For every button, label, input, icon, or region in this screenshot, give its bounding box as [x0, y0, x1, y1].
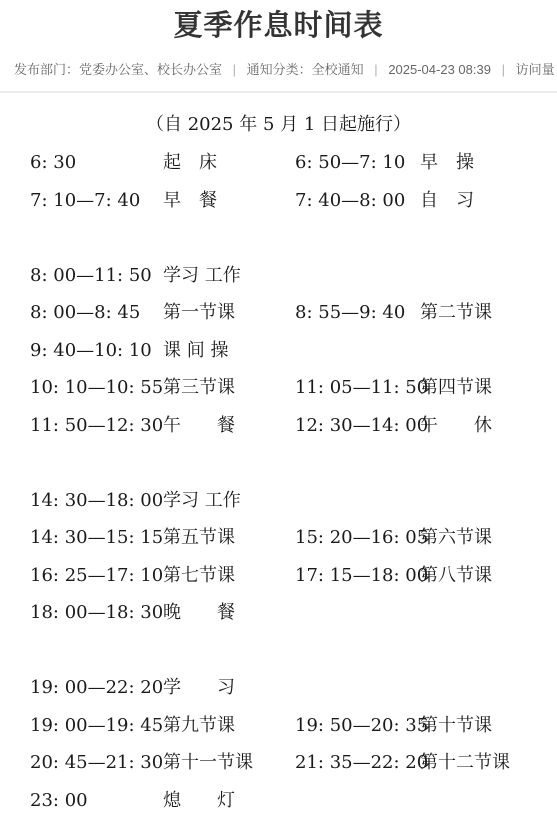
time-cell: 14: 30—15: 15 [30, 519, 163, 557]
schedule-row: 7: 10—7: 40早 餐7: 40—8: 00自 习 [0, 182, 557, 220]
schedule-row: 14: 30—18: 00学习 工作 [0, 482, 557, 520]
time-cell: 23: 00 [30, 782, 163, 820]
activity-cell: 第十一节课 [163, 744, 295, 782]
time-cell: 7: 10—7: 40 [30, 182, 163, 220]
activity-cell [420, 669, 557, 707]
time-cell: 12: 30—14: 00 [295, 407, 420, 445]
meta-notice-category: 通知分类：全校通知 [247, 62, 364, 77]
activity-cell: 第一节课 [163, 294, 295, 332]
time-cell: 19: 50—20: 35 [295, 707, 420, 745]
activity-cell: 第八节课 [420, 557, 557, 595]
activity-cell: 第三节课 [163, 369, 295, 407]
time-cell: 20: 45—21: 30 [30, 744, 163, 782]
time-cell: 15: 20—16: 05 [295, 519, 420, 557]
activity-cell [420, 482, 557, 520]
time-cell: 8: 00—8: 45 [30, 294, 163, 332]
time-cell: 10: 10—10: 55 [30, 369, 163, 407]
activity-cell: 学 习 [163, 669, 295, 707]
time-cell [295, 782, 420, 820]
activity-cell: 第七节课 [163, 557, 295, 595]
activity-cell: 晚 餐 [163, 594, 295, 632]
time-cell: 21: 35—22: 20 [295, 744, 420, 782]
activity-cell: 早 操 [420, 144, 557, 182]
schedule-row: 19: 00—19: 45第九节课19: 50—20: 35第十节课 [0, 707, 557, 745]
meta-separator: | [233, 62, 236, 77]
time-cell: 7: 40—8: 00 [295, 182, 420, 220]
activity-cell: 午 餐 [163, 407, 295, 445]
time-cell [295, 257, 420, 295]
time-cell: 9: 40—10: 10 [30, 332, 163, 370]
page-title: 夏季作息时间表 [0, 0, 557, 46]
activity-cell: 起 床 [163, 144, 295, 182]
time-cell: 8: 55—9: 40 [295, 294, 420, 332]
schedule-row: 6: 30起 床6: 50—7: 10早 操 [0, 144, 557, 182]
time-cell [295, 669, 420, 707]
time-cell: 14: 30—18: 00 [30, 482, 163, 520]
activity-cell [420, 332, 557, 370]
activity-cell: 第二节课 [420, 294, 557, 332]
schedule-row: 14: 30—15: 15第五节课15: 20—16: 05第六节课 [0, 519, 557, 557]
activity-cell: 第四节课 [420, 369, 557, 407]
time-cell: 18: 00—18: 30 [30, 594, 163, 632]
schedule-row: 18: 00—18: 30晚 餐 [0, 594, 557, 632]
activity-cell: 第十节课 [420, 707, 557, 745]
time-cell: 11: 50—12: 30 [30, 407, 163, 445]
time-cell: 6: 50—7: 10 [295, 144, 420, 182]
schedule-row: 8: 00—11: 50学习 工作 [0, 257, 557, 295]
schedule-row: 8: 00—8: 45第一节课8: 55—9: 40第二节课 [0, 294, 557, 332]
activity-cell: 自 习 [420, 182, 557, 220]
time-cell: 8: 00—11: 50 [30, 257, 163, 295]
activity-cell: 熄 灯 [163, 782, 295, 820]
activity-cell: 午 休 [420, 407, 557, 445]
schedule-row: 23: 00熄 灯 [0, 782, 557, 820]
activity-cell [420, 257, 557, 295]
time-cell: 19: 00—22: 20 [30, 669, 163, 707]
schedule-spacer-row [0, 632, 557, 670]
activity-cell: 第五节课 [163, 519, 295, 557]
meta-bar: 发布部门：党委办公室、校长办公室 | 通知分类：全校通知 | 2025-04-2… [0, 61, 557, 78]
time-cell: 16: 25—17: 10 [30, 557, 163, 595]
time-cell: 11: 05—11: 50 [295, 369, 420, 407]
activity-cell [420, 782, 557, 820]
notice-page: 夏季作息时间表 发布部门：党委办公室、校长办公室 | 通知分类：全校通知 | 2… [0, 0, 557, 833]
meta-visit-count: 访问量：285 [516, 62, 557, 77]
schedule-row: 16: 25—17: 10第七节课17: 15—18: 00第八节课 [0, 557, 557, 595]
schedule-spacer-row [0, 444, 557, 482]
schedule-row: 11: 50—12: 30午 餐12: 30—14: 00午 休 [0, 407, 557, 445]
activity-cell: 第六节课 [420, 519, 557, 557]
activity-cell: 学习 工作 [163, 482, 295, 520]
activity-cell: 学习 工作 [163, 257, 295, 295]
time-cell: 6: 30 [30, 144, 163, 182]
schedule-content: （自 2025 年 5 月 1 日起施行） 6: 30起 床6: 50—7: 1… [0, 106, 557, 819]
schedule-spacer-row [0, 219, 557, 257]
schedule-row: 9: 40—10: 10课 间 操 [0, 332, 557, 370]
activity-cell: 早 餐 [163, 182, 295, 220]
effective-date-note: （自 2025 年 5 月 1 日起施行） [0, 106, 557, 144]
schedule-row: 10: 10—10: 55第三节课11: 05—11: 50第四节课 [0, 369, 557, 407]
schedule-rows: 6: 30起 床6: 50—7: 10早 操7: 10—7: 40早 餐7: 4… [0, 144, 557, 819]
header-divider [0, 91, 557, 93]
time-cell: 17: 15—18: 00 [295, 557, 420, 595]
meta-separator: | [502, 62, 505, 77]
activity-cell: 第九节课 [163, 707, 295, 745]
meta-separator: | [374, 62, 377, 77]
meta-publish-department: 发布部门：党委办公室、校长办公室 [14, 62, 222, 77]
activity-cell [420, 594, 557, 632]
time-cell [295, 594, 420, 632]
meta-publish-datetime: 2025-04-23 08:39 [388, 62, 491, 77]
schedule-row: 19: 00—22: 20学 习 [0, 669, 557, 707]
activity-cell: 第十二节课 [420, 744, 557, 782]
time-cell [295, 482, 420, 520]
time-cell [295, 332, 420, 370]
schedule-row: 20: 45—21: 30第十一节课21: 35—22: 20第十二节课 [0, 744, 557, 782]
activity-cell: 课 间 操 [163, 332, 295, 370]
time-cell: 19: 00—19: 45 [30, 707, 163, 745]
